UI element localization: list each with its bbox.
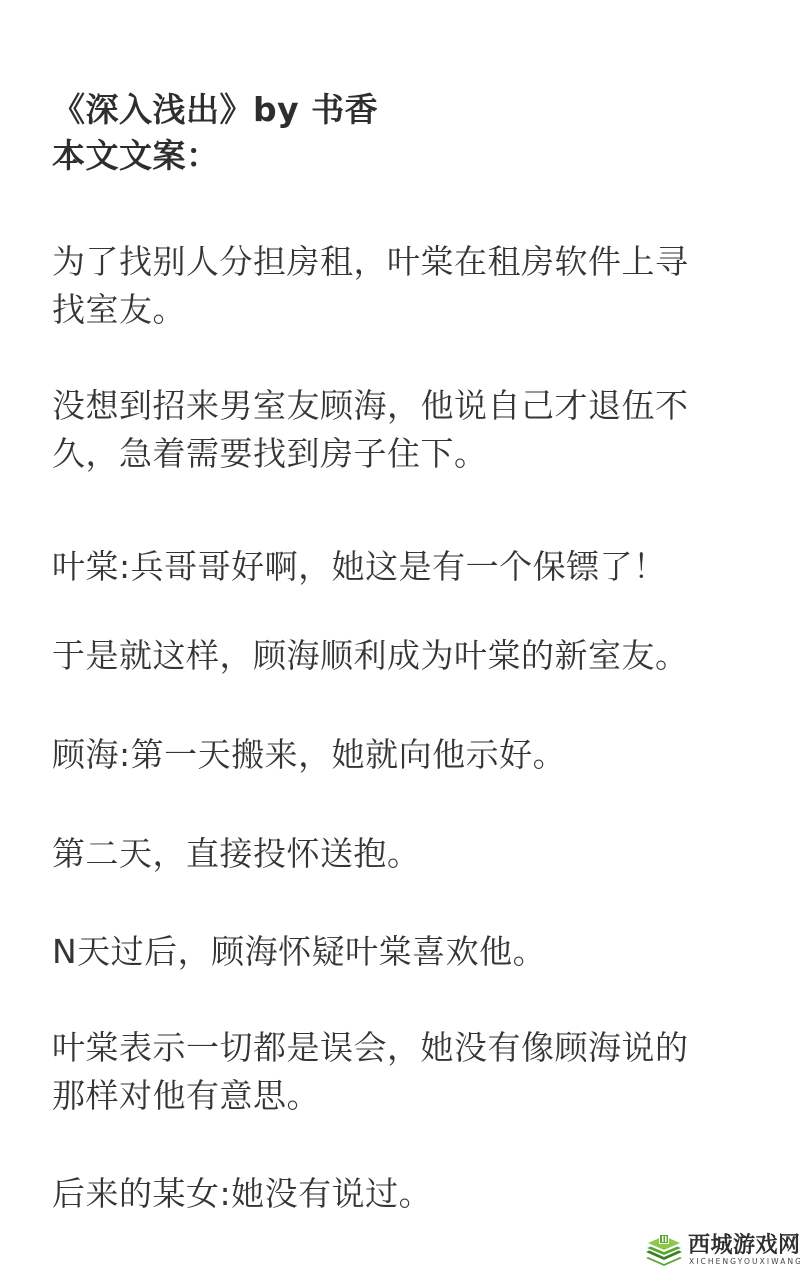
paragraph-line: 久，急着需要找到房子住下。 xyxy=(52,432,488,476)
paragraph-line: 顾海:第一天搬来，她就向他示好。 xyxy=(52,733,566,777)
paragraph-line: 于是就这样，顾海顺利成为叶棠的新室友。 xyxy=(52,634,689,678)
watermark: 西城游戏网 XICHENGYOUXIWANG xyxy=(642,1226,800,1272)
paragraph-line: 那样对他有意思。 xyxy=(52,1074,320,1118)
paragraph-line: 后来的某女:她没有说过。 xyxy=(52,1172,432,1216)
watermark-name: 西城游戏网 xyxy=(688,1228,800,1259)
paragraph-line: 找室友。 xyxy=(52,288,186,332)
paragraph-line: N天过后，顾海怀疑叶棠喜欢他。 xyxy=(52,930,546,974)
document-subtitle: 本文文案： xyxy=(52,134,220,178)
watermark-pinyin: XICHENGYOUXIWANG xyxy=(689,1257,800,1266)
paragraph-line: 第二天，直接投怀送抱。 xyxy=(52,832,421,876)
paragraph-line: 叶棠:兵哥哥好啊，她这是有一个保镖了！ xyxy=(52,545,667,589)
document-title: 《深入浅出》by 书香 xyxy=(52,88,378,132)
paragraph-line: 没想到招来男室友顾海，他说自己才退伍不 xyxy=(52,384,689,428)
green-stacked-layers-logo-icon xyxy=(644,1230,684,1270)
paragraph-line: 为了找别人分担房租，叶棠在租房软件上寻 xyxy=(52,240,689,284)
paragraph-line: 叶棠表示一切都是误会，她没有像顾海说的 xyxy=(52,1026,689,1070)
